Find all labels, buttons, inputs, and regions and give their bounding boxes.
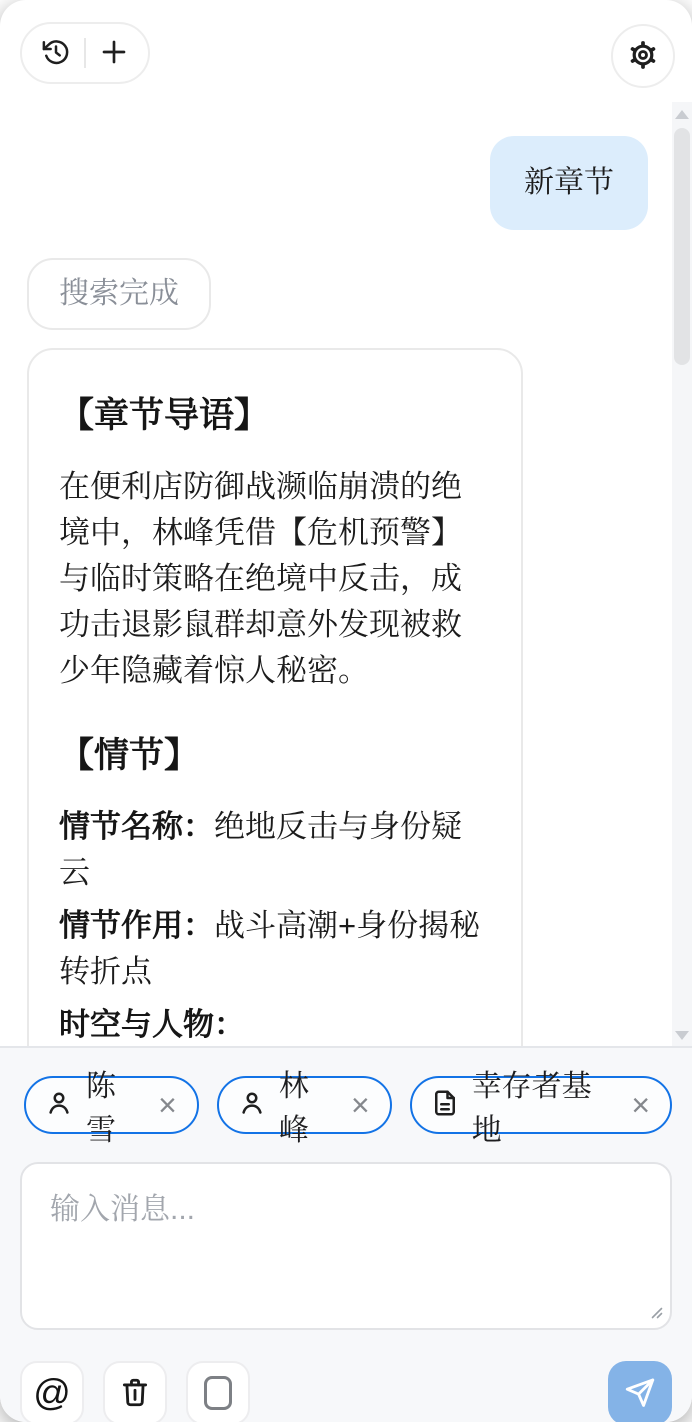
chat-window: 新章节 搜索完成 【章节导语】 在便利店防御战濒临崩溃的绝境中，林峰凭借【危机预… <box>0 0 692 1422</box>
file-text-icon <box>430 1088 460 1123</box>
message-input[interactable] <box>20 1162 672 1330</box>
scrollbar-thumb[interactable] <box>674 128 690 365</box>
context-chips-row: 陈雪 × 林峰 × <box>20 1076 672 1134</box>
search-status-label: 搜索完成 <box>59 277 179 310</box>
stop-button[interactable] <box>186 1361 250 1422</box>
assistant-message-card: 【章节导语】 在便利店防御战濒临崩溃的绝境中，林峰凭借【危机预警】与临时策略在绝… <box>27 348 523 1046</box>
card-field: 时空与人物： <box>59 1002 491 1046</box>
context-chip-survivor-base[interactable]: 幸存者基地 × <box>410 1076 672 1134</box>
new-chat-button[interactable] <box>86 25 142 81</box>
context-chip-chenxue[interactable]: 陈雪 × <box>24 1076 199 1134</box>
section-heading: 【情节】 <box>59 728 491 778</box>
card-field: 情节作用：战斗高潮+身份揭秘转折点 <box>59 903 491 995</box>
chat-scroll-area: 新章节 搜索完成 【章节导语】 在便利店防御战濒临崩溃的绝境中，林峰凭借【危机预… <box>0 102 692 1046</box>
scrollbar-down-arrow-icon[interactable] <box>675 1031 689 1040</box>
chip-remove-icon[interactable]: × <box>631 1089 650 1121</box>
message-input-wrapper <box>20 1162 672 1335</box>
stop-square-icon <box>204 1376 232 1410</box>
chip-label: 陈雪 <box>86 1061 142 1149</box>
person-icon <box>237 1088 267 1123</box>
send-plane-icon <box>623 1375 657 1412</box>
section-heading: 【章节导语】 <box>59 388 491 438</box>
send-button[interactable] <box>608 1361 672 1422</box>
plus-icon <box>98 36 130 71</box>
chip-label: 林峰 <box>279 1061 335 1149</box>
clear-chat-button[interactable] <box>103 1361 167 1422</box>
chip-label: 幸存者基地 <box>472 1061 616 1149</box>
card-field: 情节名称：绝地反击与身份疑云 <box>59 804 491 896</box>
at-sign-icon: @ <box>33 1372 71 1414</box>
person-icon <box>44 1088 74 1123</box>
settings-gear-icon <box>627 39 659 74</box>
composer-panel: 陈雪 × 林峰 × <box>0 1046 692 1422</box>
chip-remove-icon[interactable]: × <box>158 1089 177 1121</box>
header-button-group <box>20 22 150 84</box>
history-button[interactable] <box>28 25 84 81</box>
context-chip-linfeng[interactable]: 林峰 × <box>217 1076 392 1134</box>
header-bar <box>0 0 692 102</box>
user-message-bubble: 新章节 <box>490 136 648 230</box>
trash-icon <box>118 1375 152 1412</box>
search-status-chip[interactable]: 搜索完成 <box>27 258 211 330</box>
chip-remove-icon[interactable]: × <box>351 1089 370 1121</box>
settings-button[interactable] <box>611 24 675 88</box>
history-icon <box>41 37 71 70</box>
mention-button[interactable]: @ <box>20 1361 84 1422</box>
scrollbar-up-arrow-icon[interactable] <box>675 110 689 119</box>
user-message-text: 新章节 <box>524 166 614 199</box>
section-paragraph: 在便利店防御战濒临崩溃的绝境中，林峰凭借【危机预警】与临时策略在绝境中反击，成功… <box>59 464 491 694</box>
scrollbar-track[interactable] <box>672 102 692 1046</box>
composer-actions-row: @ <box>20 1361 672 1422</box>
